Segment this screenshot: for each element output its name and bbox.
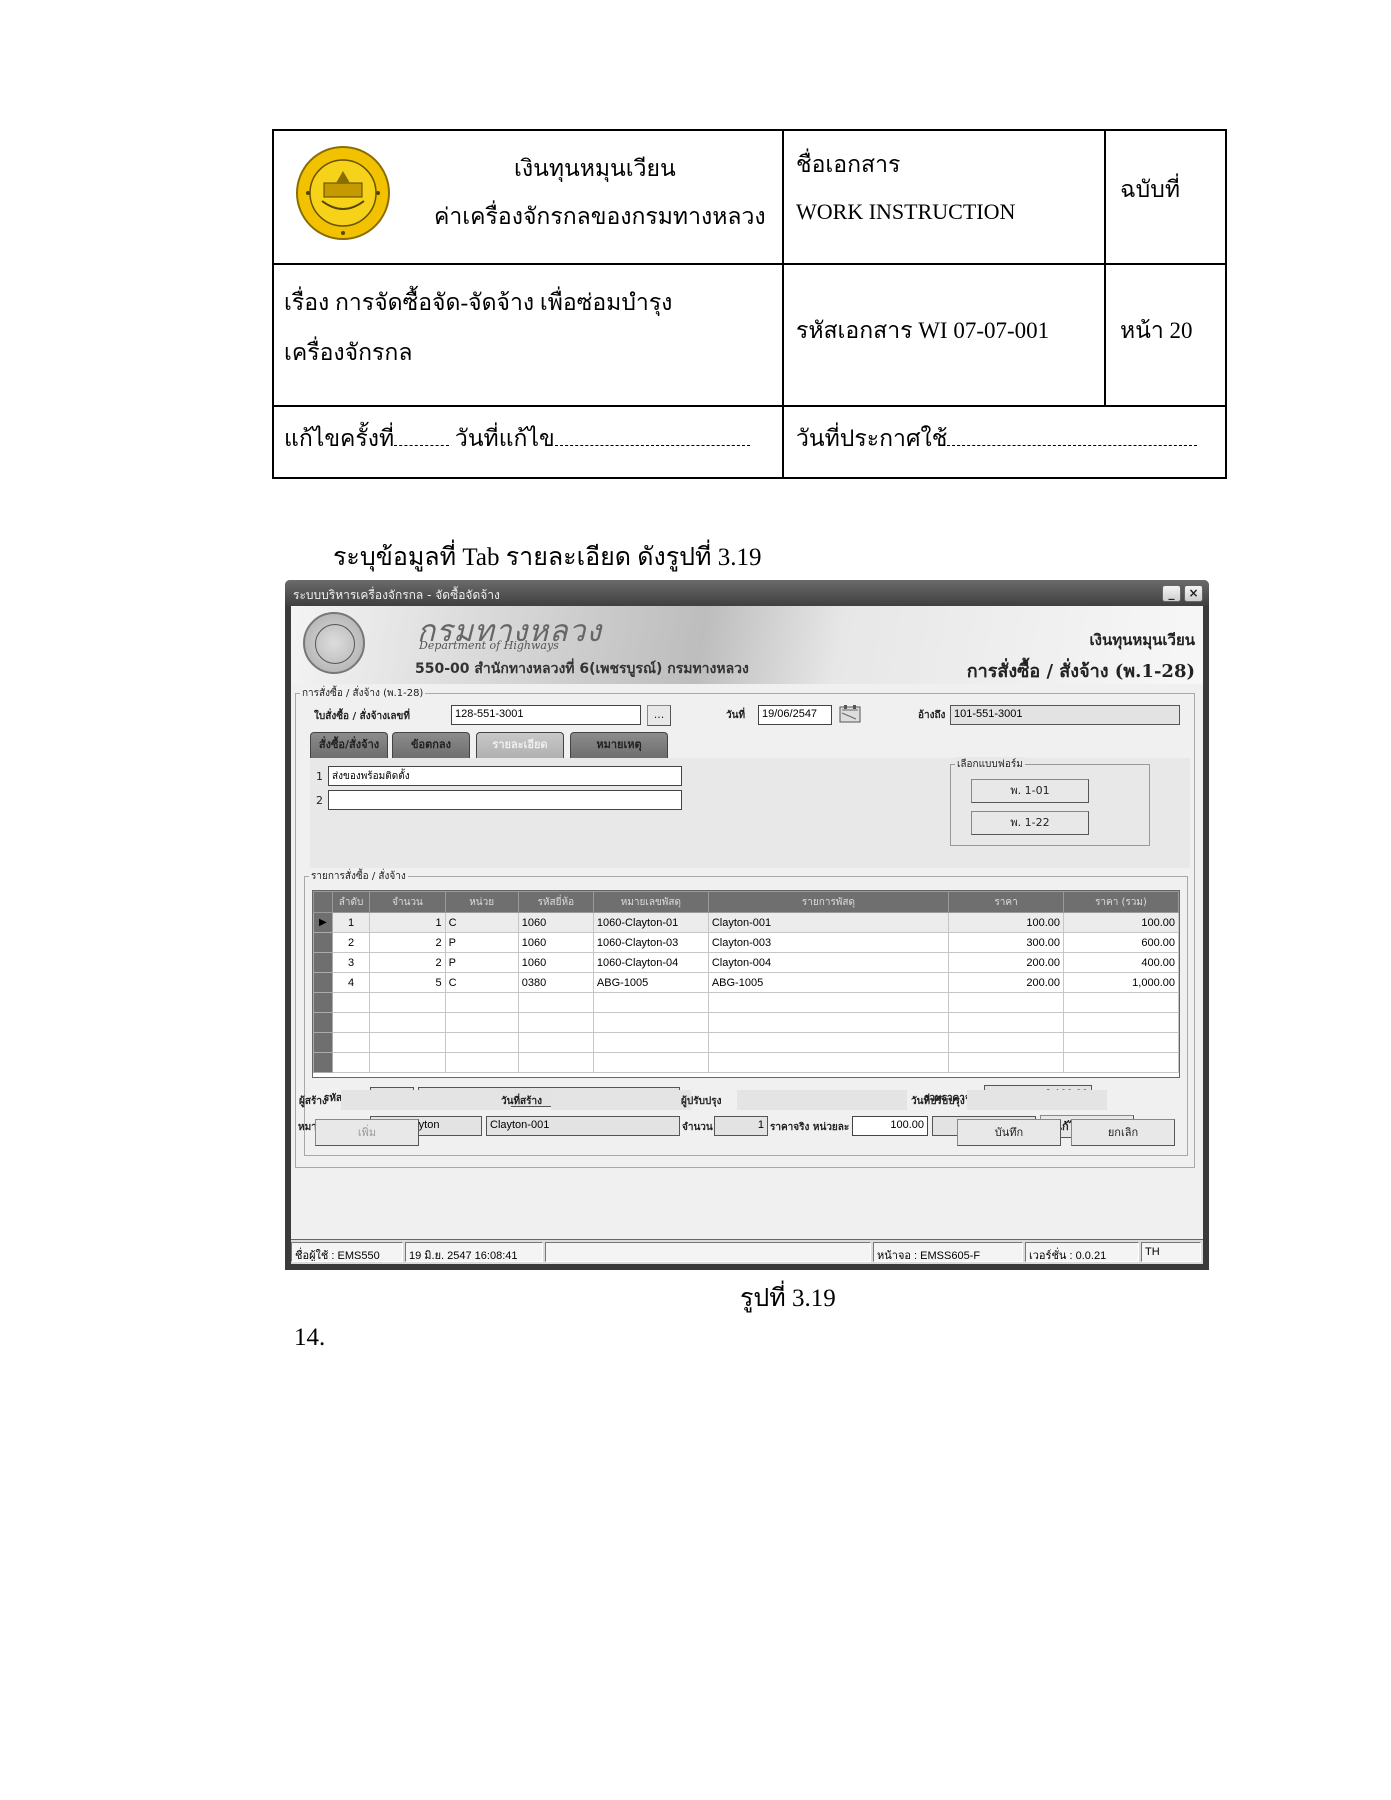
row-selector[interactable] [314,1033,333,1053]
grid-cell-qty[interactable]: 5 [370,973,445,993]
grid-cell-empty[interactable] [593,1053,708,1073]
grid-cell-empty[interactable] [949,1033,1064,1053]
fund-name: เงินทุนหมุนเวียน [1090,628,1195,652]
grid-cell-empty[interactable] [518,1013,593,1033]
qty-field: 1 [714,1116,768,1136]
grid-cell-seq[interactable]: 3 [332,953,370,973]
ref-label: อ้างถึง [918,708,945,723]
grid-cell-part-no[interactable]: ABG-1005 [593,973,708,993]
grid-cell-unit[interactable]: P [445,953,518,973]
grid-cell-empty[interactable] [708,1053,948,1073]
grid-column-header[interactable]: จำนวน [370,892,445,913]
tab-details[interactable]: รายละเอียด [476,732,564,758]
table-row[interactable]: 32P10601060-Clayton-04Clayton-004200.004… [314,953,1179,973]
effective-date-row: วันที่ประกาศใช้ [796,425,1197,453]
doc-code: รหัสเอกสาร WI 07-07-001 [796,317,1049,345]
grid-column-header[interactable]: ลำดับ [332,892,370,913]
revision-date-blank [555,444,750,446]
status-screen: หน้าจอ : EMSS605-F [873,1242,1023,1262]
updater-label: ผู้ปรับปรุง [681,1094,722,1109]
grid-column-header[interactable]: หน่วย [445,892,518,913]
grid-header-row: ลำดับจำนวนหน่วยรหัสยี่ห้อหมายเลขพัสดุราย… [314,892,1179,913]
effective-date-label: วันที่ประกาศใช้ [796,426,947,451]
grid-cell-brand[interactable]: 1060 [518,953,593,973]
grid-cell-empty[interactable] [445,1013,518,1033]
grid-cell-empty[interactable] [708,1033,948,1053]
detail-line-2-input[interactable] [328,790,682,810]
grid-cell-empty[interactable] [518,1033,593,1053]
grid-cell-empty[interactable] [949,993,1064,1013]
updated-date-label: วันที่ปรับปรุง [911,1094,965,1109]
grid-cell-empty[interactable] [1064,993,1179,1013]
status-language: TH [1141,1242,1201,1262]
qty-label: จำนวน [682,1120,713,1135]
created-date-label: วันที่สร้าง [501,1094,542,1109]
form-p1-22-button[interactable]: พ. 1-22 [971,811,1089,835]
grid-cell-seq[interactable]: 1 [332,913,370,933]
table-row-empty[interactable] [314,1033,1179,1053]
grid-cell-empty[interactable] [708,1013,948,1033]
grid-cell-empty[interactable] [370,1053,445,1073]
grid-body: ▶11C10601060-Clayton-01Clayton-001100.00… [314,913,1179,1073]
grid-cell-empty[interactable] [370,993,445,1013]
window-titlebar[interactable]: ระบบบริหารเครื่องจักรกล - จัดซื้อจัดจ้าง… [285,580,1209,606]
tab-remarks[interactable]: หมายเหตุ [570,732,668,758]
grid-cell-seq[interactable]: 2 [332,933,370,953]
row-selector[interactable] [314,933,333,953]
grid-cell-desc[interactable]: Clayton-004 [708,953,948,973]
grid-column-header[interactable]: ราคา (รวม) [1064,892,1179,913]
subject-line2: เครื่องจักรกล [284,339,412,367]
grid-cell-empty[interactable] [518,993,593,1013]
order-no-label: ใบสั่งซื้อ / สั่งจ้างเลขที่ [314,709,410,724]
grid-cell-unit[interactable]: P [445,933,518,953]
items-group-label: รายการสั่งซื้อ / สั่งจ้าง [309,869,408,884]
detail-line-1-number: 1 [316,770,323,783]
tab-agreement[interactable]: ข้อตกลง [392,732,470,758]
effective-date-blank [947,444,1197,446]
items-grid[interactable]: ลำดับจำนวนหน่วยรหัสยี่ห้อหมายเลขพัสดุราย… [312,890,1180,1078]
department-seal-icon [303,612,365,674]
row-selector[interactable] [314,993,333,1013]
calendar-icon[interactable] [838,703,864,725]
grid-column-header[interactable]: รายการพัสดุ [708,892,948,913]
tab-strip: สั่งซื้อ/สั่งจ้าง ข้อตกลง รายละเอียด หมา… [310,732,1190,758]
grid-cell-part-no[interactable]: 1060-Clayton-04 [593,953,708,973]
minimize-button[interactable]: _ [1162,585,1181,602]
grid-cell-empty[interactable] [332,1033,370,1053]
grid-cell-part-no[interactable]: 1060-Clayton-01 [593,913,708,933]
updated-date-field [967,1090,1107,1110]
status-version: เวอร์ชั่น : 0.0.21 [1025,1242,1139,1262]
revision-no-blank [394,444,449,446]
grid-cell-price[interactable]: 300.00 [949,933,1064,953]
grid-cell-brand[interactable]: 0380 [518,973,593,993]
table-row[interactable]: 22P10601060-Clayton-03Clayton-003300.006… [314,933,1179,953]
order-no-input[interactable]: 128-551-3001 [451,705,641,725]
grid-cell-unit[interactable]: C [445,973,518,993]
updater-field [737,1090,907,1110]
grid-cell-empty[interactable] [370,1033,445,1053]
row-selector-arrow-icon[interactable]: ▶ [314,913,333,933]
form-select-label: เลือกแบบฟอร์ม [955,757,1025,772]
doc-name-value: WORK INSTRUCTION [796,199,1015,225]
table-row-empty[interactable] [314,993,1179,1013]
revision-row: แก้ไขครั้งที่ วันที่แก้ไข [284,425,750,453]
grid-cell-empty[interactable] [708,993,948,1013]
grid-cell-part-no[interactable]: 1060-Clayton-03 [593,933,708,953]
grid-cell-price[interactable]: 200.00 [949,953,1064,973]
subject-line1: เรื่อง การจัดซื้อจัด-จัดจ้าง เพื่อซ่อมบำ… [284,289,672,317]
grid-cell-empty[interactable] [949,1013,1064,1033]
form-p1-01-button[interactable]: พ. 1-01 [971,779,1089,803]
detail-line-2-number: 2 [316,794,323,807]
grid-cell-brand[interactable]: 1060 [518,913,593,933]
grid-cell-empty[interactable] [593,993,708,1013]
grid-cell-price[interactable]: 200.00 [949,973,1064,993]
status-datetime: 19 มิ.ย. 2547 16:08:41 [405,1242,543,1262]
doc-name-label: ชื่อเอกสาร [796,151,900,179]
creator-label: ผู้สร้าง [299,1094,327,1109]
grid-cell-empty[interactable] [445,1053,518,1073]
figure-caption: รูปที่ 3.19 [740,1278,836,1318]
grid-cell-desc[interactable]: Clayton-001 [708,913,948,933]
grid-cell-desc[interactable]: ABG-1005 [708,973,948,993]
status-bar: ชื่อผู้ใช้ : EMS550 19 มิ.ย. 2547 16:08:… [291,1239,1203,1264]
status-user: ชื่อผู้ใช้ : EMS550 [291,1242,403,1262]
grid-cell-empty[interactable] [518,1053,593,1073]
page-number: หน้า 20 [1120,317,1193,345]
grid-cell-total[interactable]: 1,000.00 [1064,973,1179,993]
grid-cell-unit[interactable]: C [445,913,518,933]
grid-cell-empty[interactable] [593,1033,708,1053]
grid-cell-empty[interactable] [1064,1053,1179,1073]
grid-cell-empty[interactable] [445,993,518,1013]
office-name: 550-00 สำนักทางหลวงที่ 6(เพชรบูรณ์) กรมท… [415,658,749,680]
document-header-table: เงินทุนหมุนเวียน ค่าเครื่องจักรกลของกรมท… [272,129,1227,479]
ref-input: 101-551-3001 [950,705,1180,725]
grid-column-header[interactable]: ราคา [949,892,1064,913]
cancel-button[interactable]: ยกเลิก [1071,1119,1175,1146]
grid-cell-total[interactable]: 400.00 [1064,953,1179,973]
org-name-line1: เงินทุนหมุนเวียน [514,155,676,183]
save-button[interactable]: บันทึก [957,1119,1061,1146]
table-row[interactable]: 45C0380ABG-1005ABG-1005200.001,000.00 [314,973,1179,993]
grid-column-header[interactable]: หมายเลขพัสดุ [593,892,708,913]
grid-cell-empty[interactable] [370,1013,445,1033]
window-client: กรมทางหลวง Department of Highways 550-00… [291,606,1203,1264]
grid-cell-empty[interactable] [593,1013,708,1033]
instruction-text: ระบุข้อมูลที่ Tab รายละเอียด ดังรูปที่ 3… [333,537,762,577]
next-step-number: 14. [294,1324,325,1352]
items-table: ลำดับจำนวนหน่วยรหัสยี่ห้อหมายเลขพัสดุราย… [313,891,1179,1073]
part-name-field: Clayton-001 [486,1116,680,1136]
grid-cell-empty[interactable] [332,993,370,1013]
window-title: ระบบบริหารเครื่องจักรกล - จัดซื้อจัดจ้าง [293,586,500,605]
revision-no-label: แก้ไขครั้งที่ [284,426,394,451]
row-selector[interactable] [314,1053,333,1073]
table-row[interactable]: ▶11C10601060-Clayton-01Clayton-001100.00… [314,913,1179,933]
row-selector[interactable] [314,953,333,973]
grid-cell-empty[interactable] [949,1053,1064,1073]
created-date-field [551,1090,691,1110]
grid-corner [314,892,333,913]
brand-english: Department of Highways [419,639,559,652]
unit-price-label: ราคาจริง หน่วยละ [770,1120,849,1135]
row-selector[interactable] [314,973,333,993]
table-row-empty[interactable] [314,1013,1179,1033]
grid-cell-empty[interactable] [445,1033,518,1053]
creator-field [341,1090,511,1110]
org-name-line2: ค่าเครื่องจักรกลของกรมทางหลวง [434,203,766,231]
grid-cell-empty[interactable] [1064,1013,1179,1033]
tab-order[interactable]: สั่งซื้อ/สั่งจ้าง [310,732,388,758]
grid-cell-empty[interactable] [1064,1033,1179,1053]
row-selector[interactable] [314,1013,333,1033]
grid-cell-empty[interactable] [332,1013,370,1033]
unit-price-input[interactable]: 100.00 [852,1116,928,1136]
grid-cell-total[interactable]: 600.00 [1064,933,1179,953]
grid-cell-seq[interactable]: 4 [332,973,370,993]
edition-label: ฉบับที่ [1120,176,1180,204]
department-emblem-icon [288,145,398,245]
add-button[interactable]: เพิ่ม [315,1119,419,1146]
revision-date-label: วันที่แก้ไข [455,426,555,451]
grid-cell-qty[interactable]: 1 [370,913,445,933]
table-row-empty[interactable] [314,1053,1179,1073]
form-title: การสั่งซื้อ / สั่งจ้าง (พ.1-28) [967,656,1195,685]
order-group-label: การสั่งซื้อ / สั่งจ้าง (พ.1-28) [300,686,425,701]
app-banner: กรมทางหลวง Department of Highways 550-00… [291,606,1203,684]
date-input[interactable]: 19/06/2547 [758,705,832,725]
grid-column-header[interactable]: รหัสยี่ห้อ [518,892,593,913]
grid-cell-brand[interactable]: 1060 [518,933,593,953]
grid-cell-total[interactable]: 100.00 [1064,913,1179,933]
grid-cell-empty[interactable] [332,1053,370,1073]
details-tab-panel: 1 ส่งของพร้อมติดตั้ง 2 เลือกแบบฟอร์ม พ. … [310,758,1190,868]
grid-cell-qty[interactable]: 2 [370,933,445,953]
detail-line-1-input[interactable]: ส่งของพร้อมติดตั้ง [328,766,682,786]
status-message [545,1242,871,1262]
form-select-group: เลือกแบบฟอร์ม พ. 1-01 พ. 1-22 [950,764,1150,846]
app-window: ระบบบริหารเครื่องจักรกล - จัดซื้อจัดจ้าง… [285,580,1209,1270]
close-button[interactable]: × [1184,585,1203,602]
grid-cell-price[interactable]: 100.00 [949,913,1064,933]
grid-cell-desc[interactable]: Clayton-003 [708,933,948,953]
date-label: วันที่ [726,708,745,723]
order-lookup-button[interactable]: ... [647,705,671,726]
grid-cell-qty[interactable]: 2 [370,953,445,973]
